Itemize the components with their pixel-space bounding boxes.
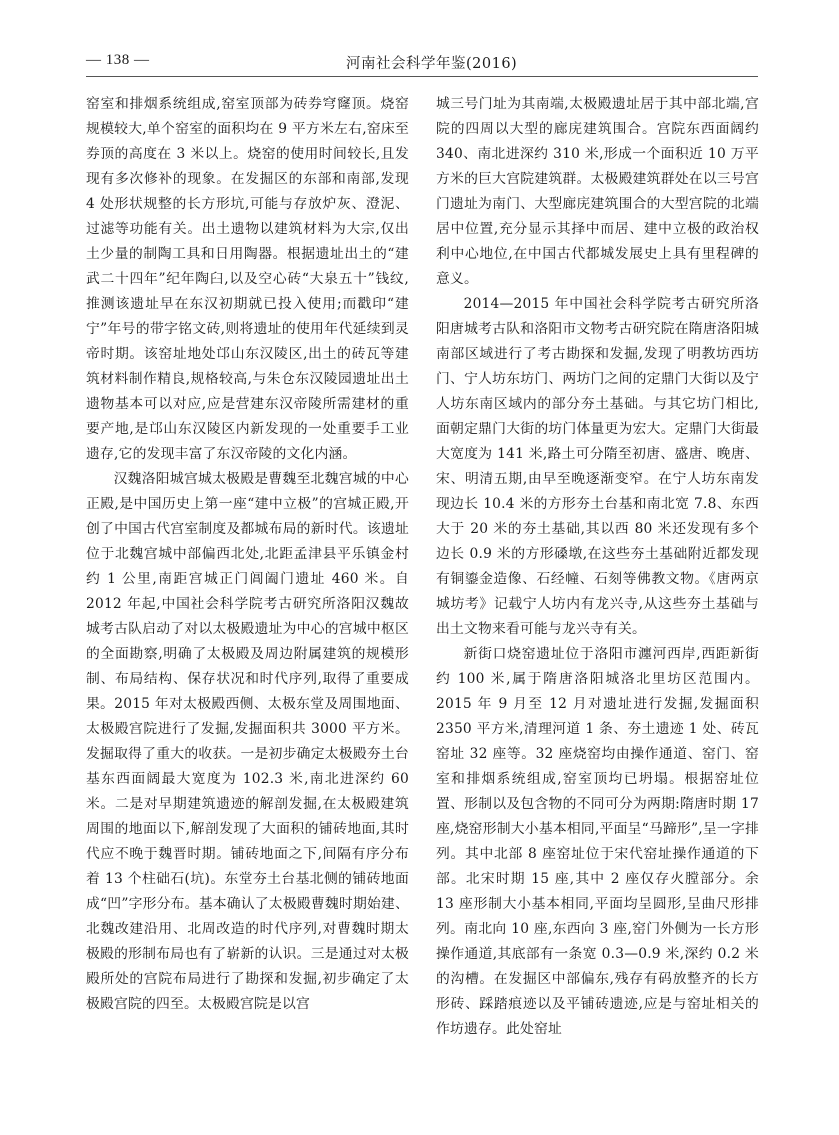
paragraph: 城三号门址为其南端,太极殿遗址居于其中部北端,宫院的四周以大型的廊庑建筑围合。宫… bbox=[436, 92, 759, 292]
page-number: — 138 — bbox=[86, 52, 150, 69]
right-column: 城三号门址为其南端,太极殿遗址居于其中部北端,宫院的四周以大型的廊庑建筑围合。宫… bbox=[436, 92, 759, 1042]
paragraph: 新街口烧窑遗址位于洛阳市瀍河西岸,西距新街约 100 米,属于隋唐洛阳城洛北里坊… bbox=[436, 642, 759, 1042]
paragraph: 汉魏洛阳城宫城太极殿是曹魏至北魏宫城的中心正殿,是中国历史上第一座“建中立极”的… bbox=[86, 467, 409, 1017]
journal-title: 河南社会科学年鉴(2016) bbox=[346, 52, 517, 73]
left-column: 窑室和排烟系统组成,窑室顶部为砖券穹窿顶。烧窑规模较大,单个窑室的面积均在 9 … bbox=[86, 92, 409, 1017]
paragraph: 2014—2015 年中国社会科学院考古研究所洛阳唐城考古队和洛阳市文物考古研究… bbox=[436, 292, 759, 642]
paragraph: 窑室和排烟系统组成,窑室顶部为砖券穹窿顶。烧窑规模较大,单个窑室的面积均在 9 … bbox=[86, 92, 409, 467]
running-header: — 138 — 河南社会科学年鉴(2016) bbox=[86, 50, 758, 77]
